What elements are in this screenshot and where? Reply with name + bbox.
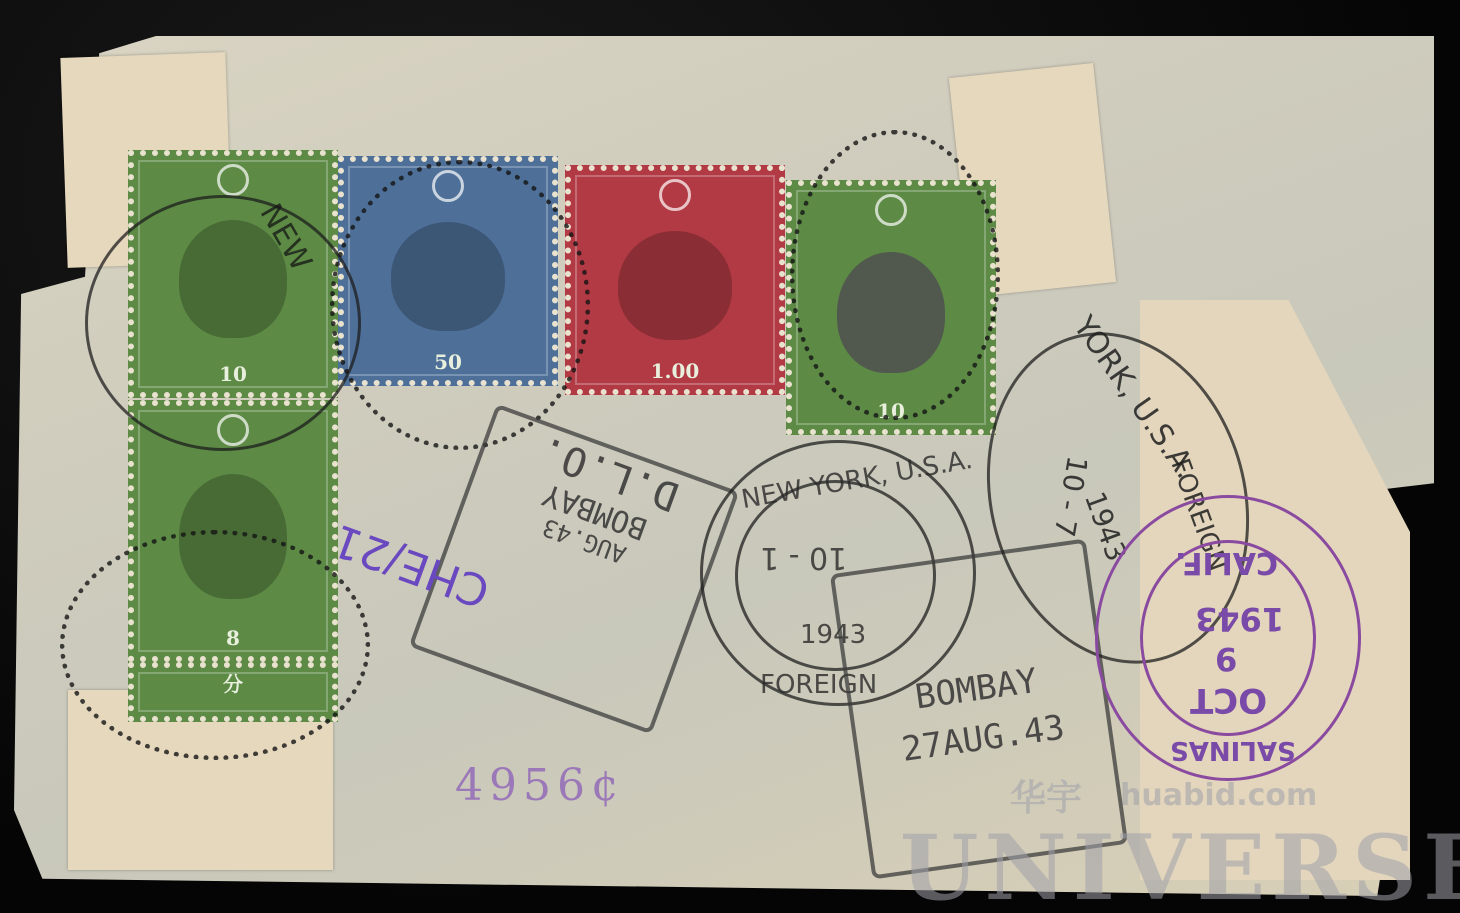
postmark-date: 9 <box>1215 640 1237 678</box>
postmark-text: CALIF. <box>1175 545 1278 580</box>
postmark-year: 1943 <box>1195 600 1284 638</box>
watermark-brand: UNIVERSE <box>900 815 1460 913</box>
postmark-date: 10 - 1 <box>760 540 847 575</box>
postmark-month: OCT <box>1190 680 1267 720</box>
postmark <box>790 130 1000 420</box>
watermark-cn: 华宇 <box>1010 770 1082 821</box>
postmark <box>330 160 590 450</box>
amount-marking: 4956¢ <box>455 760 625 811</box>
postmark <box>85 195 361 451</box>
postmark <box>60 530 370 760</box>
stamp: 1.00 <box>565 165 785 395</box>
postmark-city: SALINAS <box>1170 735 1296 765</box>
watermark-site: huabid.com <box>1120 778 1317 813</box>
